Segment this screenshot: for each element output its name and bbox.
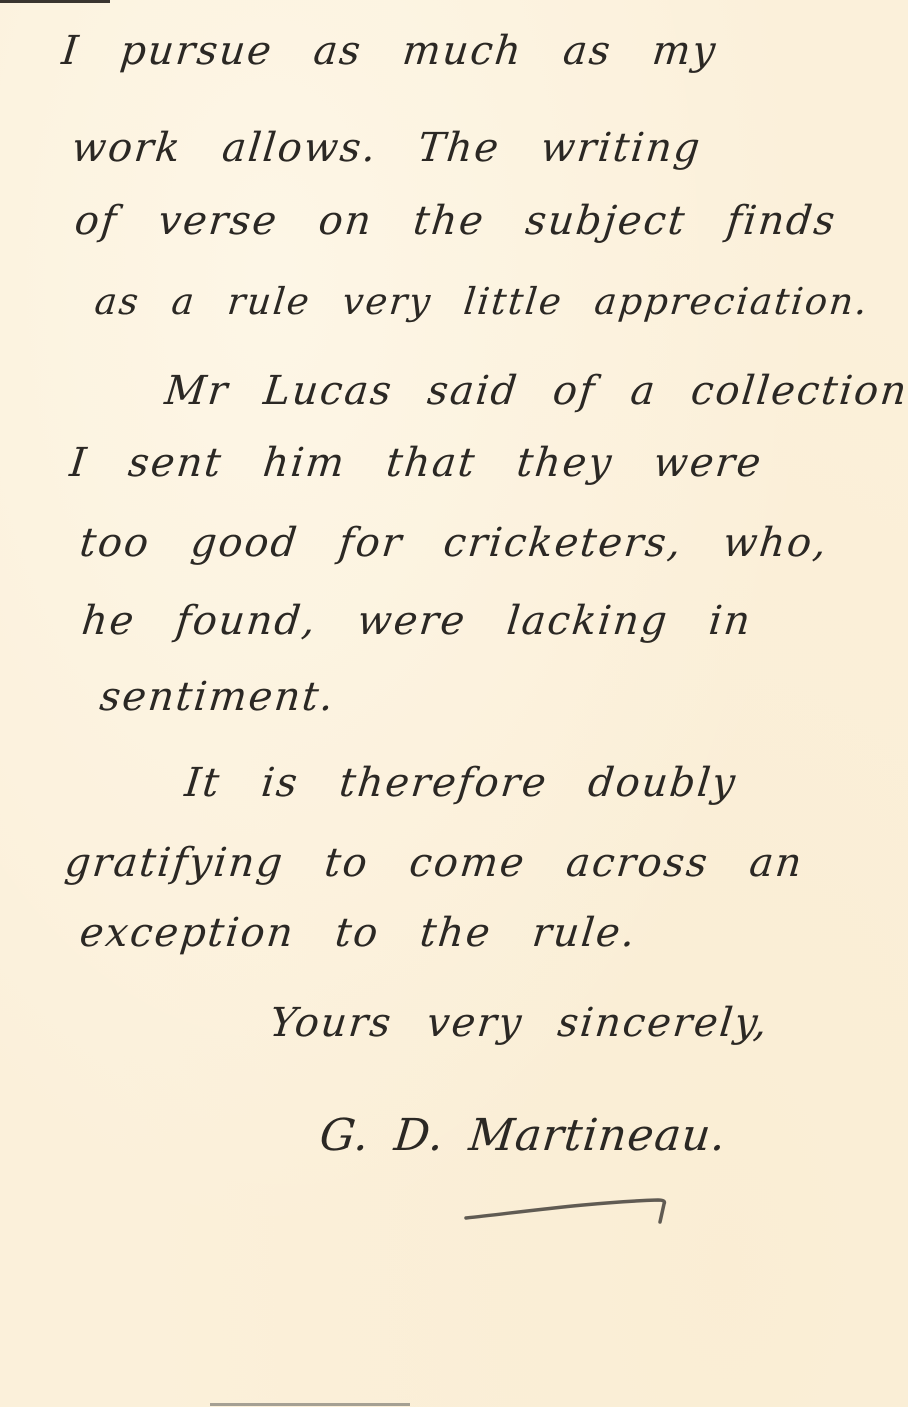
letter-line: I pursue as much as my <box>60 28 720 74</box>
letter-line: I sent him that they were <box>68 440 765 486</box>
letter-line: sentiment. <box>98 674 338 720</box>
letter-line: work allows. The writing <box>70 125 704 171</box>
page-top-edge-shadow <box>0 0 110 3</box>
letter-closing: Yours very sincerely, <box>268 1000 771 1046</box>
letter-line: It is therefore doubly <box>183 760 740 806</box>
signature: G. D. Martineau. <box>317 1110 729 1161</box>
letter-line: exception to the rule. <box>78 910 639 956</box>
signature-flourish-icon <box>462 1190 682 1230</box>
page-bottom-edge-shadow <box>210 1403 410 1406</box>
letter-line: of verse on the subject finds <box>73 198 839 244</box>
letter-line: too good for cricketers, who, <box>78 520 831 566</box>
letter-line: he found, were lacking in <box>80 598 755 644</box>
letter-line: gratifying to come across an <box>63 840 806 886</box>
letter-page: I pursue as much as my work allows. The … <box>0 0 908 1407</box>
letter-line: as a rule very little appreciation. <box>93 280 871 323</box>
letter-line: Mr Lucas said of a collection <box>163 368 908 414</box>
